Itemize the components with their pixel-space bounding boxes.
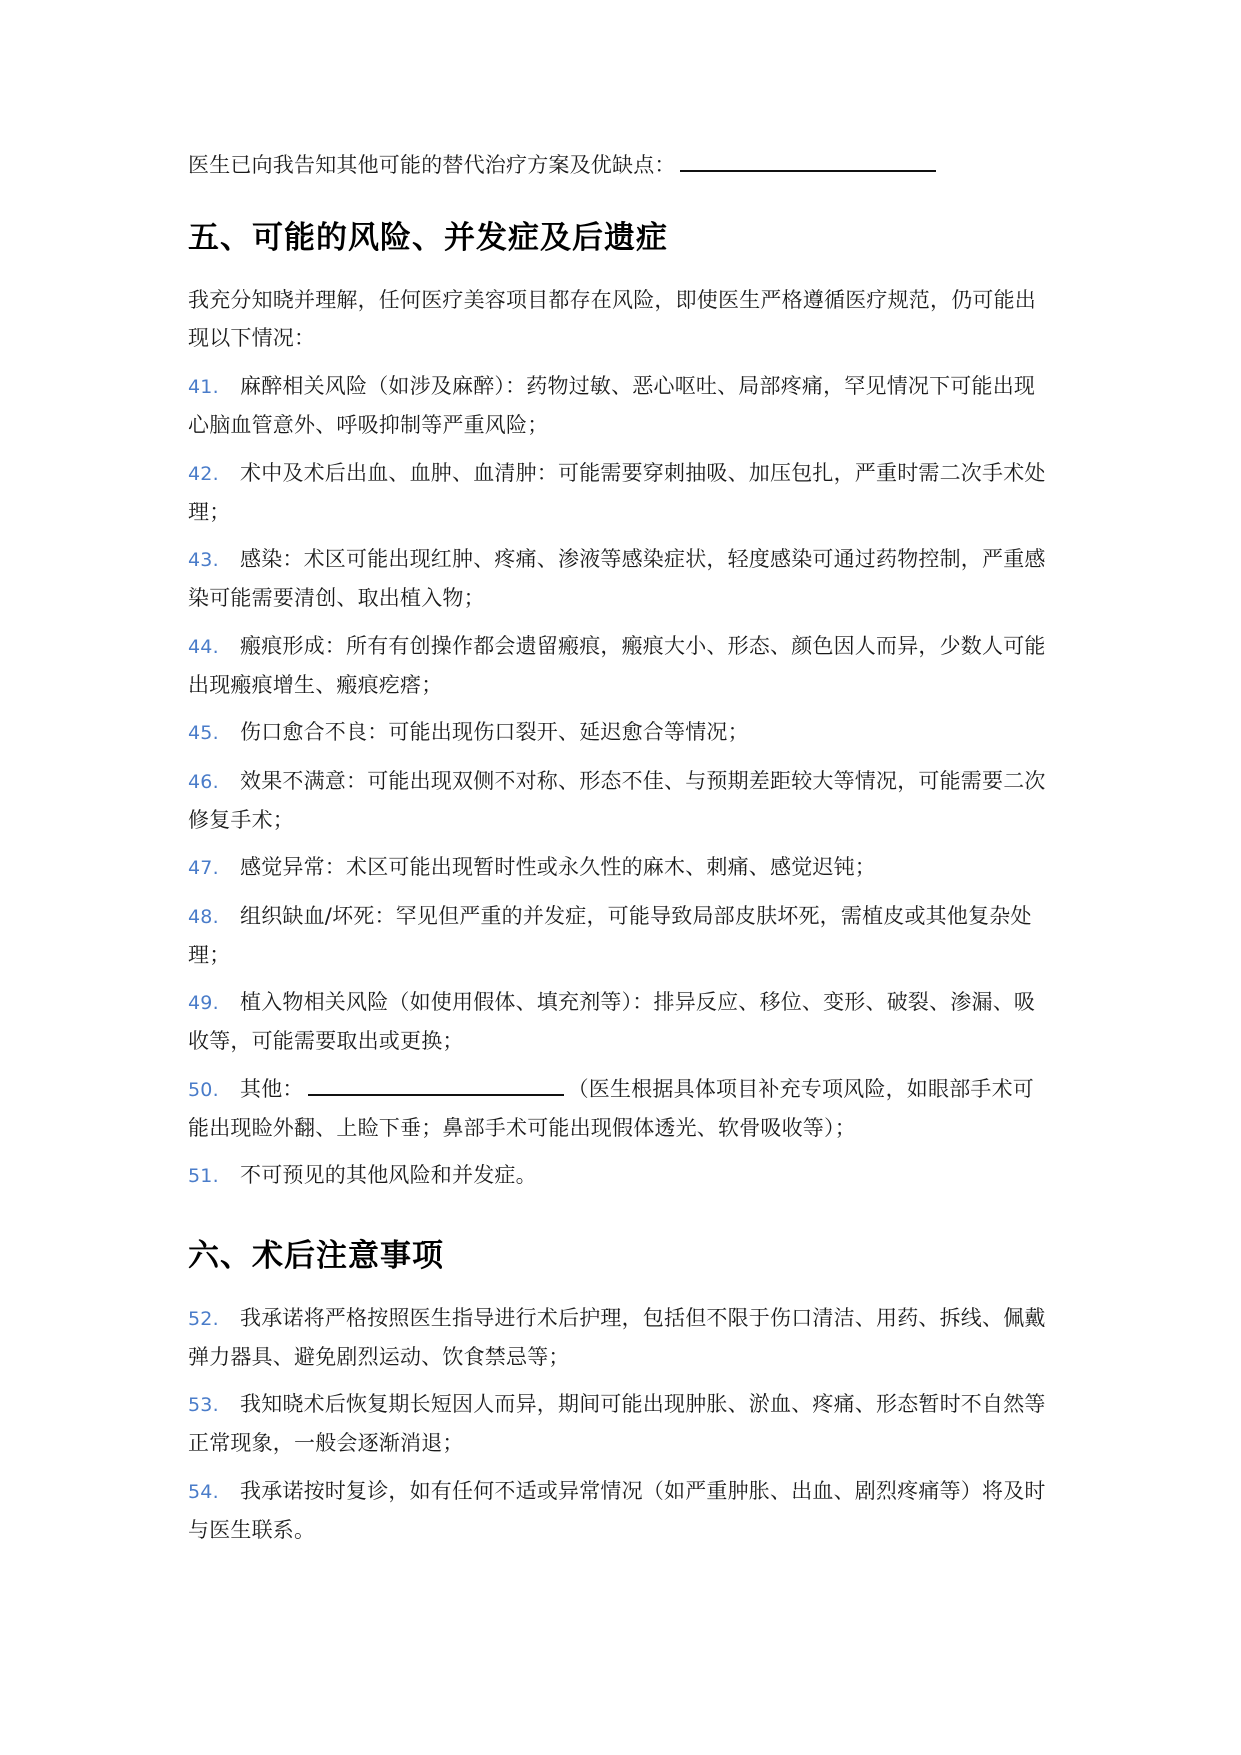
list-item: 47.感觉异常：术区可能出现暂时性或永久性的麻木、刺痛、感觉迟钝； xyxy=(188,848,1048,887)
item-text: 术中及术后出血、血肿、血清肿：可能需要穿刺抽吸、加压包扎，严重时需二次手术处理； xyxy=(188,461,1046,524)
item-number: 44. xyxy=(188,628,240,666)
item-number: 43. xyxy=(188,541,240,579)
list-item: 49.植入物相关风险（如使用假体、填充剂等）：排异反应、移位、变形、破裂、渗漏、… xyxy=(188,983,1048,1060)
list-item: 41.麻醉相关风险（如涉及麻醉）：药物过敏、恶心呕吐、局部疼痛，罕见情况下可能出… xyxy=(188,367,1048,444)
list-item: 48.组织缺血/坏死：罕见但严重的并发症，可能导致局部皮肤坏死，需植皮或其他复杂… xyxy=(188,897,1048,974)
item-number: 53. xyxy=(188,1386,240,1424)
item-number: 48. xyxy=(188,898,240,936)
list-item: 46.效果不满意：可能出现双侧不对称、形态不佳、与预期差距较大等情况，可能需要二… xyxy=(188,762,1048,839)
list-item: 44.瘢痕形成：所有有创操作都会遗留瘢痕，瘢痕大小、形态、颜色因人而异，少数人可… xyxy=(188,627,1048,704)
alternative-treatment-blank[interactable] xyxy=(680,148,936,172)
list-item: 42.术中及术后出血、血肿、血清肿：可能需要穿刺抽吸、加压包扎，严重时需二次手术… xyxy=(188,454,1048,531)
item-text: 不可预见的其他风险和并发症。 xyxy=(240,1163,537,1187)
item-text: 伤口愈合不良：可能出现伤口裂开、延迟愈合等情况； xyxy=(240,720,749,744)
item-text: 感觉异常：术区可能出现暂时性或永久性的麻木、刺痛、感觉迟钝； xyxy=(240,855,876,879)
list-item: 43.感染：术区可能出现红肿、疼痛、渗液等感染症状，轻度感染可通过药物控制，严重… xyxy=(188,540,1048,617)
list-item: 53.我知晓术后恢复期长短因人而异，期间可能出现肿胀、淤血、疼痛、形态暂时不自然… xyxy=(188,1385,1048,1462)
item-text: 组织缺血/坏死：罕见但严重的并发症，可能导致局部皮肤坏死，需植皮或其他复杂处理； xyxy=(188,904,1032,967)
item-number: 45. xyxy=(188,714,240,752)
item-text: 我承诺按时复诊，如有任何不适或异常情况（如严重肿胀、出血、剧烈疼痛等）将及时与医… xyxy=(188,1479,1046,1542)
item-text: 我知晓术后恢复期长短因人而异，期间可能出现肿胀、淤血、疼痛、形态暂时不自然等正常… xyxy=(188,1392,1046,1455)
item-number: 46. xyxy=(188,763,240,801)
section5-title: 五、可能的风险、并发症及后遗症 xyxy=(188,218,668,258)
item-number: 49. xyxy=(188,984,240,1022)
item-text: 效果不满意：可能出现双侧不对称、形态不佳、与预期差距较大等情况，可能需要二次修复… xyxy=(188,769,1046,832)
item-text: 我承诺将严格按照医生指导进行术后护理，包括但不限于伤口清洁、用药、拆线、佩戴弹力… xyxy=(188,1306,1046,1369)
list-item: 52.我承诺将严格按照医生指导进行术后护理，包括但不限于伤口清洁、用药、拆线、佩… xyxy=(188,1299,1048,1376)
section5-intro: 我充分知晓并理解，任何医疗美容项目都存在风险，即使医生严格遵循医疗规范，仍可能出… xyxy=(188,281,1048,357)
other-risk-label: 其他： xyxy=(240,1077,304,1101)
item-number: 52. xyxy=(188,1300,240,1338)
item-text: 植入物相关风险（如使用假体、填充剂等）：排异反应、移位、变形、破裂、渗漏、吸收等… xyxy=(188,990,1035,1053)
item-number: 42. xyxy=(188,455,240,493)
item-number: 41. xyxy=(188,368,240,406)
item-number: 47. xyxy=(188,849,240,887)
item-text: 麻醉相关风险（如涉及麻醉）：药物过敏、恶心呕吐、局部疼痛，罕见情况下可能出现心脑… xyxy=(188,374,1035,437)
item-number: 54. xyxy=(188,1473,240,1511)
list-item: 45.伤口愈合不良：可能出现伤口裂开、延迟愈合等情况； xyxy=(188,713,1048,752)
list-item: 54.我承诺按时复诊，如有任何不适或异常情况（如严重肿胀、出血、剧烈疼痛等）将及… xyxy=(188,1472,1048,1549)
item-text: 瘢痕形成：所有有创操作都会遗留瘢痕，瘢痕大小、形态、颜色因人而异，少数人可能出现… xyxy=(188,634,1046,697)
item-number: 51. xyxy=(188,1157,240,1195)
item-number: 50. xyxy=(188,1071,240,1109)
alternative-treatment-label: 医生已向我告知其他可能的替代治疗方案及优缺点： xyxy=(188,153,676,177)
item-text: 感染：术区可能出现红肿、疼痛、渗液等感染症状，轻度感染可通过药物控制，严重感染可… xyxy=(188,547,1046,610)
list-item: 51.不可预见的其他风险和并发症。 xyxy=(188,1156,1048,1195)
list-item: 50.其他：（医生根据具体项目补充专项风险，如眼部手术可能出现睑外翻、上睑下垂；… xyxy=(188,1070,1048,1147)
section6-title: 六、术后注意事项 xyxy=(188,1236,444,1276)
alternative-treatment-line: 医生已向我告知其他可能的替代治疗方案及优缺点： xyxy=(188,146,1048,184)
other-risk-blank[interactable] xyxy=(308,1072,564,1096)
